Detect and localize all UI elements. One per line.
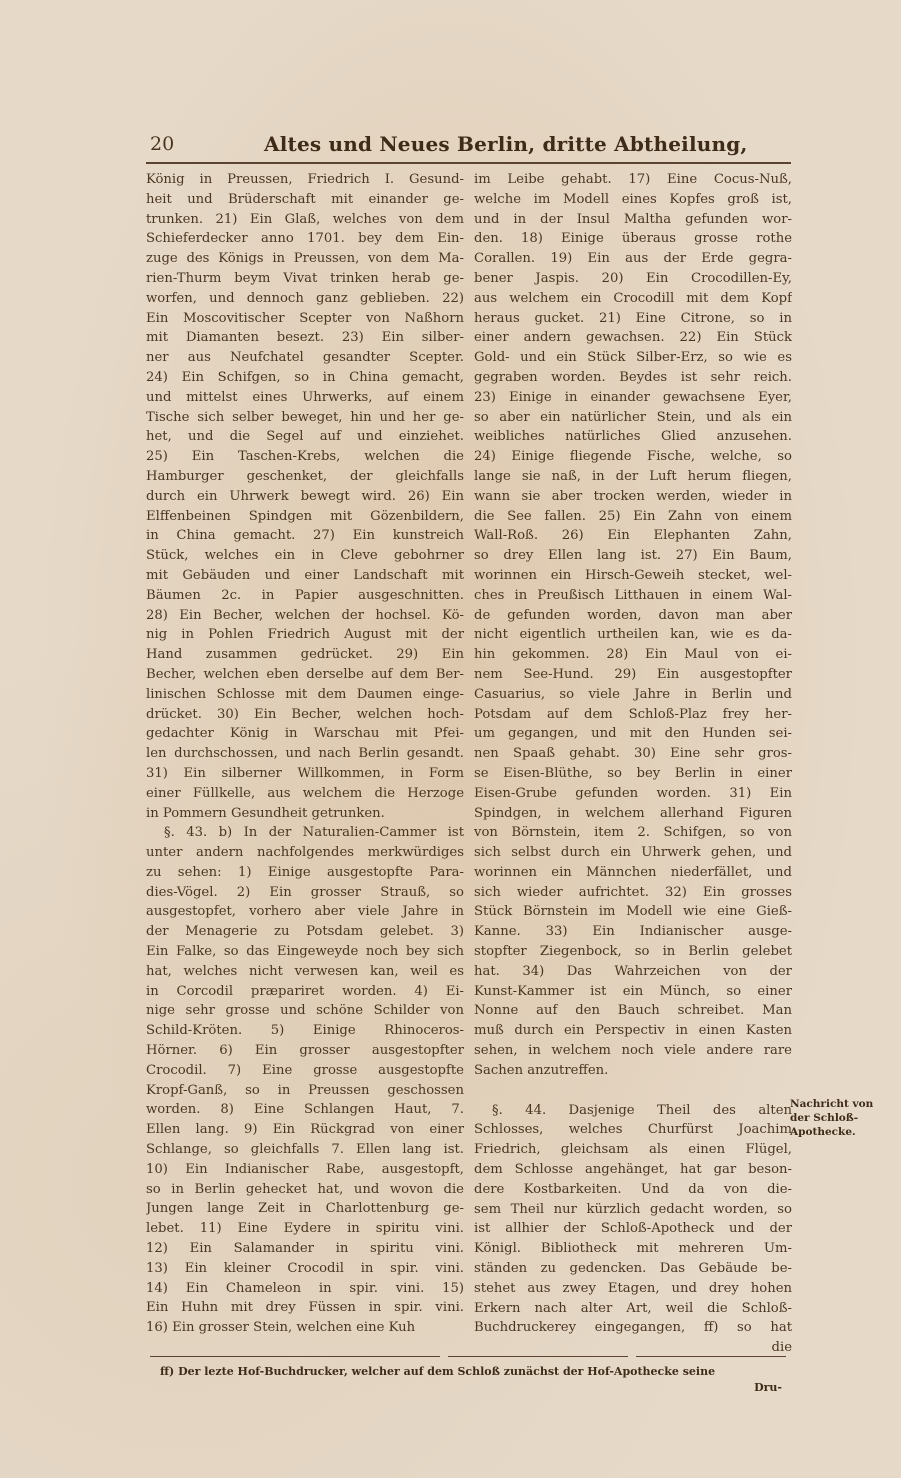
- text-line: durch ein Uhrwerk bewegt wird. 26) Ein: [146, 487, 464, 507]
- text-line: Kropf-Ganß, so in Preussen geschossen: [146, 1081, 464, 1101]
- text-line: Schild-Kröten. 5) Einige Rhinoceros-: [146, 1021, 464, 1041]
- text-line: sem Theil nur kürzlich gedacht worden, s…: [474, 1200, 792, 1220]
- text-line: bener Jaspis. 20) Ein Crocodillen-Ey,: [474, 269, 792, 289]
- text-line: der Menagerie zu Potsdam gelebet. 3): [146, 922, 464, 942]
- text-line: den. 18) Einige überaus grosse rothe: [474, 229, 792, 249]
- paragraph-gap: [474, 1081, 792, 1101]
- text-line: mit Diamanten besezt. 23) Ein silber-: [146, 328, 464, 348]
- text-line: sehen, in welchem noch viele andere rare: [474, 1041, 792, 1061]
- book-page: 20 Altes und Neues Berlin, dritte Abthei…: [0, 0, 901, 1478]
- text-line: Ein Huhn mit drey Füssen in spir. vini.: [146, 1298, 464, 1318]
- text-line: Kanne. 33) Ein Indianischer ausge-: [474, 922, 792, 942]
- text-line: ständen zu gedencken. Das Gebäude be-: [474, 1259, 792, 1279]
- text-line: heraus gucket. 21) Eine Citrone, so in: [474, 309, 792, 329]
- text-line: §. 44. Dasjenige Theil des alten: [474, 1101, 792, 1121]
- text-line: Jungen lange Zeit in Charlottenburg ge-: [146, 1199, 464, 1219]
- text-line: Becher, welchen eben derselbe auf dem Be…: [146, 665, 464, 685]
- text-line: len durchschossen, und nach Berlin gesan…: [146, 744, 464, 764]
- text-line: worfen, und dennoch ganz geblieben. 22): [146, 289, 464, 309]
- text-line: §. 43. b) In der Naturalien-Cammer ist: [146, 823, 464, 843]
- text-line: Bäumen 2c. in Papier ausgeschnitten.: [146, 586, 464, 606]
- text-line: in Pommern Gesundheit getrunken.: [146, 804, 464, 824]
- footnote-catchword: Dru-: [160, 1380, 790, 1396]
- text-line: stehet aus zwey Etagen, und drey hohen: [474, 1279, 792, 1299]
- text-line: muß durch ein Perspectiv in einen Kasten: [474, 1021, 792, 1041]
- text-line: heit und Brüderschaft mit einander ge-: [146, 190, 464, 210]
- text-line: welche im Modell eines Kopfes groß ist,: [474, 190, 792, 210]
- text-line: Buchdruckerey eingegangen, ff) so hat: [474, 1318, 792, 1338]
- text-line: Hörner. 6) Ein grosser ausgestopfter: [146, 1041, 464, 1061]
- text-line: Elffenbeinen Spindgen mit Gözenbildern,: [146, 507, 464, 527]
- text-line: hat, welches nicht verwesen kan, weil es: [146, 962, 464, 982]
- footnote-rule: [150, 1356, 440, 1357]
- text-line: Ellen lang. 9) Ein Rückgrad von einer: [146, 1120, 464, 1140]
- text-line: Schlange, so gleichfalls 7. Ellen lang i…: [146, 1140, 464, 1160]
- text-line: hin gekommen. 28) Ein Maul von ei-: [474, 645, 792, 665]
- text-line: stopfter Ziegenbock, so in Berlin gelebe…: [474, 942, 792, 962]
- text-line: Wall-Roß. 26) Ein Elephanten Zahn,: [474, 526, 792, 546]
- text-line: Stück Börnstein im Modell wie eine Gieß-: [474, 902, 792, 922]
- text-line: trunken. 21) Ein Glaß, welches von dem: [146, 210, 464, 230]
- text-line: 24) Einige fliegende Fische, welche, so: [474, 447, 792, 467]
- text-line: von Börnstein, item 2. Schifgen, so von: [474, 823, 792, 843]
- text-line: drücket. 30) Ein Becher, welchen hoch-: [146, 705, 464, 725]
- text-line: Schieferdecker anno 1701. bey dem Ein-: [146, 229, 464, 249]
- text-line: 16) Ein grosser Stein, welchen eine Kuh: [146, 1318, 464, 1338]
- text-line: worinnen ein Männchen niederfället, und: [474, 863, 792, 883]
- text-line: ist allhier der Schloß-Apotheck und der: [474, 1219, 792, 1239]
- text-line: Casuarius, so viele Jahre in Berlin und: [474, 685, 792, 705]
- text-line: lebet. 11) Eine Eydere in spiritu vini.: [146, 1219, 464, 1239]
- text-line: hat. 34) Das Wahrzeichen von der: [474, 962, 792, 982]
- text-line: Corallen. 19) Ein aus der Erde gegra-: [474, 249, 792, 269]
- footnote-text: ff) Der lezte Hof-Buchdrucker, welcher a…: [160, 1364, 790, 1380]
- text-line: Ein Falke, so das Eingeweyde noch bey si…: [146, 942, 464, 962]
- text-line: worinnen ein Hirsch-Geweih stecket, wel-: [474, 566, 792, 586]
- text-line: mit Gebäuden und einer Landschaft mit: [146, 566, 464, 586]
- text-line: ner aus Neufchatel gesandter Scepter.: [146, 348, 464, 368]
- text-line: Hand zusammen gedrücket. 29) Ein: [146, 645, 464, 665]
- margin-note: Nachricht von der Schloß- Apothecke.: [790, 1097, 890, 1139]
- text-line: 31) Ein silberner Willkommen, in Form: [146, 764, 464, 784]
- margin-note-line: Apothecke.: [790, 1125, 890, 1139]
- footnote: ff) Der lezte Hof-Buchdrucker, welcher a…: [160, 1364, 790, 1396]
- text-line: lange sie naß, in der Luft herum fliegen…: [474, 467, 792, 487]
- text-line: in China gemacht. 27) Ein kunstreich: [146, 526, 464, 546]
- text-line: einer andern gewachsen. 22) Ein Stück: [474, 328, 792, 348]
- text-line: 13) Ein kleiner Crocodil in spir. vini.: [146, 1259, 464, 1279]
- right-column: im Leibe gehabt. 17) Eine Cocus-Nuß,welc…: [474, 170, 792, 1358]
- text-line: Ein Moscovitischer Scepter von Naßhorn: [146, 309, 464, 329]
- text-line: König in Preussen, Friedrich I. Gesund-: [146, 170, 464, 190]
- text-line: Stück, welches ein in Cleve gebohrner: [146, 546, 464, 566]
- text-line: 23) Einige in einander gewachsene Eyer,: [474, 388, 792, 408]
- text-line: se Eisen-Blüthe, so bey Berlin in einer: [474, 764, 792, 784]
- page-header: 20 Altes und Neues Berlin, dritte Abthei…: [146, 130, 791, 160]
- text-line: und in der Insul Maltha gefunden wor-: [474, 210, 792, 230]
- text-line: aus welchem ein Crocodill mit dem Kopf: [474, 289, 792, 309]
- text-line: 28) Ein Becher, welchen der hochsel. Kö-: [146, 606, 464, 626]
- text-line: Friedrich, gleichsam als einen Flügel,: [474, 1140, 792, 1160]
- text-line: Erkern nach alter Art, weil die Schloß-: [474, 1299, 792, 1319]
- text-line: gedachter König in Warschau mit Pfei-: [146, 724, 464, 744]
- text-line: 25) Ein Taschen-Krebs, welchen die: [146, 447, 464, 467]
- footnote-rule: [448, 1356, 628, 1357]
- header-rule: [146, 162, 791, 164]
- text-line: unter andern nachfolgendes merkwürdiges: [146, 843, 464, 863]
- margin-note-line: Nachricht von: [790, 1097, 890, 1111]
- text-line: ches in Preußisch Litthauen in einem Wal…: [474, 586, 792, 606]
- section-44: §. 44. Dasjenige Theil des altenSchlosse…: [474, 1101, 792, 1339]
- text-line: gegraben worden. Beydes ist sehr reich.: [474, 368, 792, 388]
- text-line: so in Berlin gehecket hat, und wovon die: [146, 1180, 464, 1200]
- text-line: Crocodil. 7) Eine grosse ausgestopfte: [146, 1061, 464, 1081]
- text-line: und mittelst eines Uhrwerks, auf einem: [146, 388, 464, 408]
- text-line: ausgestopfet, vorhero aber viele Jahre i…: [146, 902, 464, 922]
- text-line: nig in Pohlen Friedrich August mit der: [146, 625, 464, 645]
- text-line: Schlosses, welches Churfürst Joachim: [474, 1120, 792, 1140]
- text-line: Gold- und ein Stück Silber-Erz, so wie e…: [474, 348, 792, 368]
- text-line: Königl. Bibliotheck mit mehreren Um-: [474, 1239, 792, 1259]
- text-line: 24) Ein Schifgen, so in China gemacht,: [146, 368, 464, 388]
- text-line: so aber ein natürlicher Stein, und als e…: [474, 408, 792, 428]
- text-line: Kunst-Kammer ist ein Münch, so einer: [474, 982, 792, 1002]
- text-line: weibliches natürliches Glied anzusehen.: [474, 427, 792, 447]
- text-line: so drey Ellen lang ist. 27) Ein Baum,: [474, 546, 792, 566]
- footnote-rule: [636, 1356, 786, 1357]
- left-column: König in Preussen, Friedrich I. Gesund-h…: [146, 170, 464, 1338]
- text-line: 10) Ein Indianischer Rabe, ausgestopft,: [146, 1160, 464, 1180]
- text-line: sich selbst durch ein Uhrwerk gehen, und: [474, 843, 792, 863]
- text-line: dies-Vögel. 2) Ein grosser Strauß, so: [146, 883, 464, 903]
- text-line: 14) Ein Chameleon in spir. vini. 15): [146, 1279, 464, 1299]
- text-line: zu sehen: 1) Einige ausgestopfte Para-: [146, 863, 464, 883]
- text-line: nige sehr grosse und schöne Schilder von: [146, 1001, 464, 1021]
- text-line: nen Spaaß gehabt. 30) Eine sehr gros-: [474, 744, 792, 764]
- text-line: dem Schlosse angehänget, hat gar beson-: [474, 1160, 792, 1180]
- text-line: Hamburger geschenket, der gleichfalls: [146, 467, 464, 487]
- text-line: linischen Schlosse mit dem Daumen einge-: [146, 685, 464, 705]
- text-line: sich wieder aufrichtet. 32) Ein grosses: [474, 883, 792, 903]
- text-line: zuge des Königs in Preussen, von dem Ma-: [146, 249, 464, 269]
- text-line: het, und die Segel auf und einziehet.: [146, 427, 464, 447]
- text-line: um gegangen, und mit den Hunden sei-: [474, 724, 792, 744]
- text-line: de gefunden worden, davon man aber: [474, 606, 792, 626]
- text-line: im Leibe gehabt. 17) Eine Cocus-Nuß,: [474, 170, 792, 190]
- text-line: 12) Ein Salamander in spiritu vini.: [146, 1239, 464, 1259]
- text-line: Potsdam auf dem Schloß-Plaz frey her-: [474, 705, 792, 725]
- text-line: Tische sich selber beweget, hin und her …: [146, 408, 464, 428]
- text-line: Spindgen, in welchem allerhand Figuren: [474, 804, 792, 824]
- text-line: Nonne auf den Bauch schreibet. Man: [474, 1001, 792, 1021]
- text-line: einer Füllkelle, aus welchem die Herzoge: [146, 784, 464, 804]
- text-line: worden. 8) Eine Schlangen Haut, 7.: [146, 1100, 464, 1120]
- text-line: wann sie aber trocken werden, wieder in: [474, 487, 792, 507]
- page-number: 20: [150, 133, 174, 155]
- margin-note-line: der Schloß-: [790, 1111, 890, 1125]
- text-line: nem See-Hund. 29) Ein ausgestopfter: [474, 665, 792, 685]
- text-line: in Corcodil præpariret worden. 4) Ei-: [146, 982, 464, 1002]
- text-line: rien-Thurm beym Vivat trinken herab ge-: [146, 269, 464, 289]
- text-line: dere Kostbarkeiten. Und da von die-: [474, 1180, 792, 1200]
- running-title: Altes und Neues Berlin, dritte Abtheilun…: [264, 132, 748, 156]
- text-line: Sachen anzutreffen.: [474, 1061, 792, 1081]
- text-line: Eisen-Grube gefunden worden. 31) Ein: [474, 784, 792, 804]
- text-line: die See fallen. 25) Ein Zahn von einem: [474, 507, 792, 527]
- text-line: nicht eigentlich urtheilen kan, wie es d…: [474, 625, 792, 645]
